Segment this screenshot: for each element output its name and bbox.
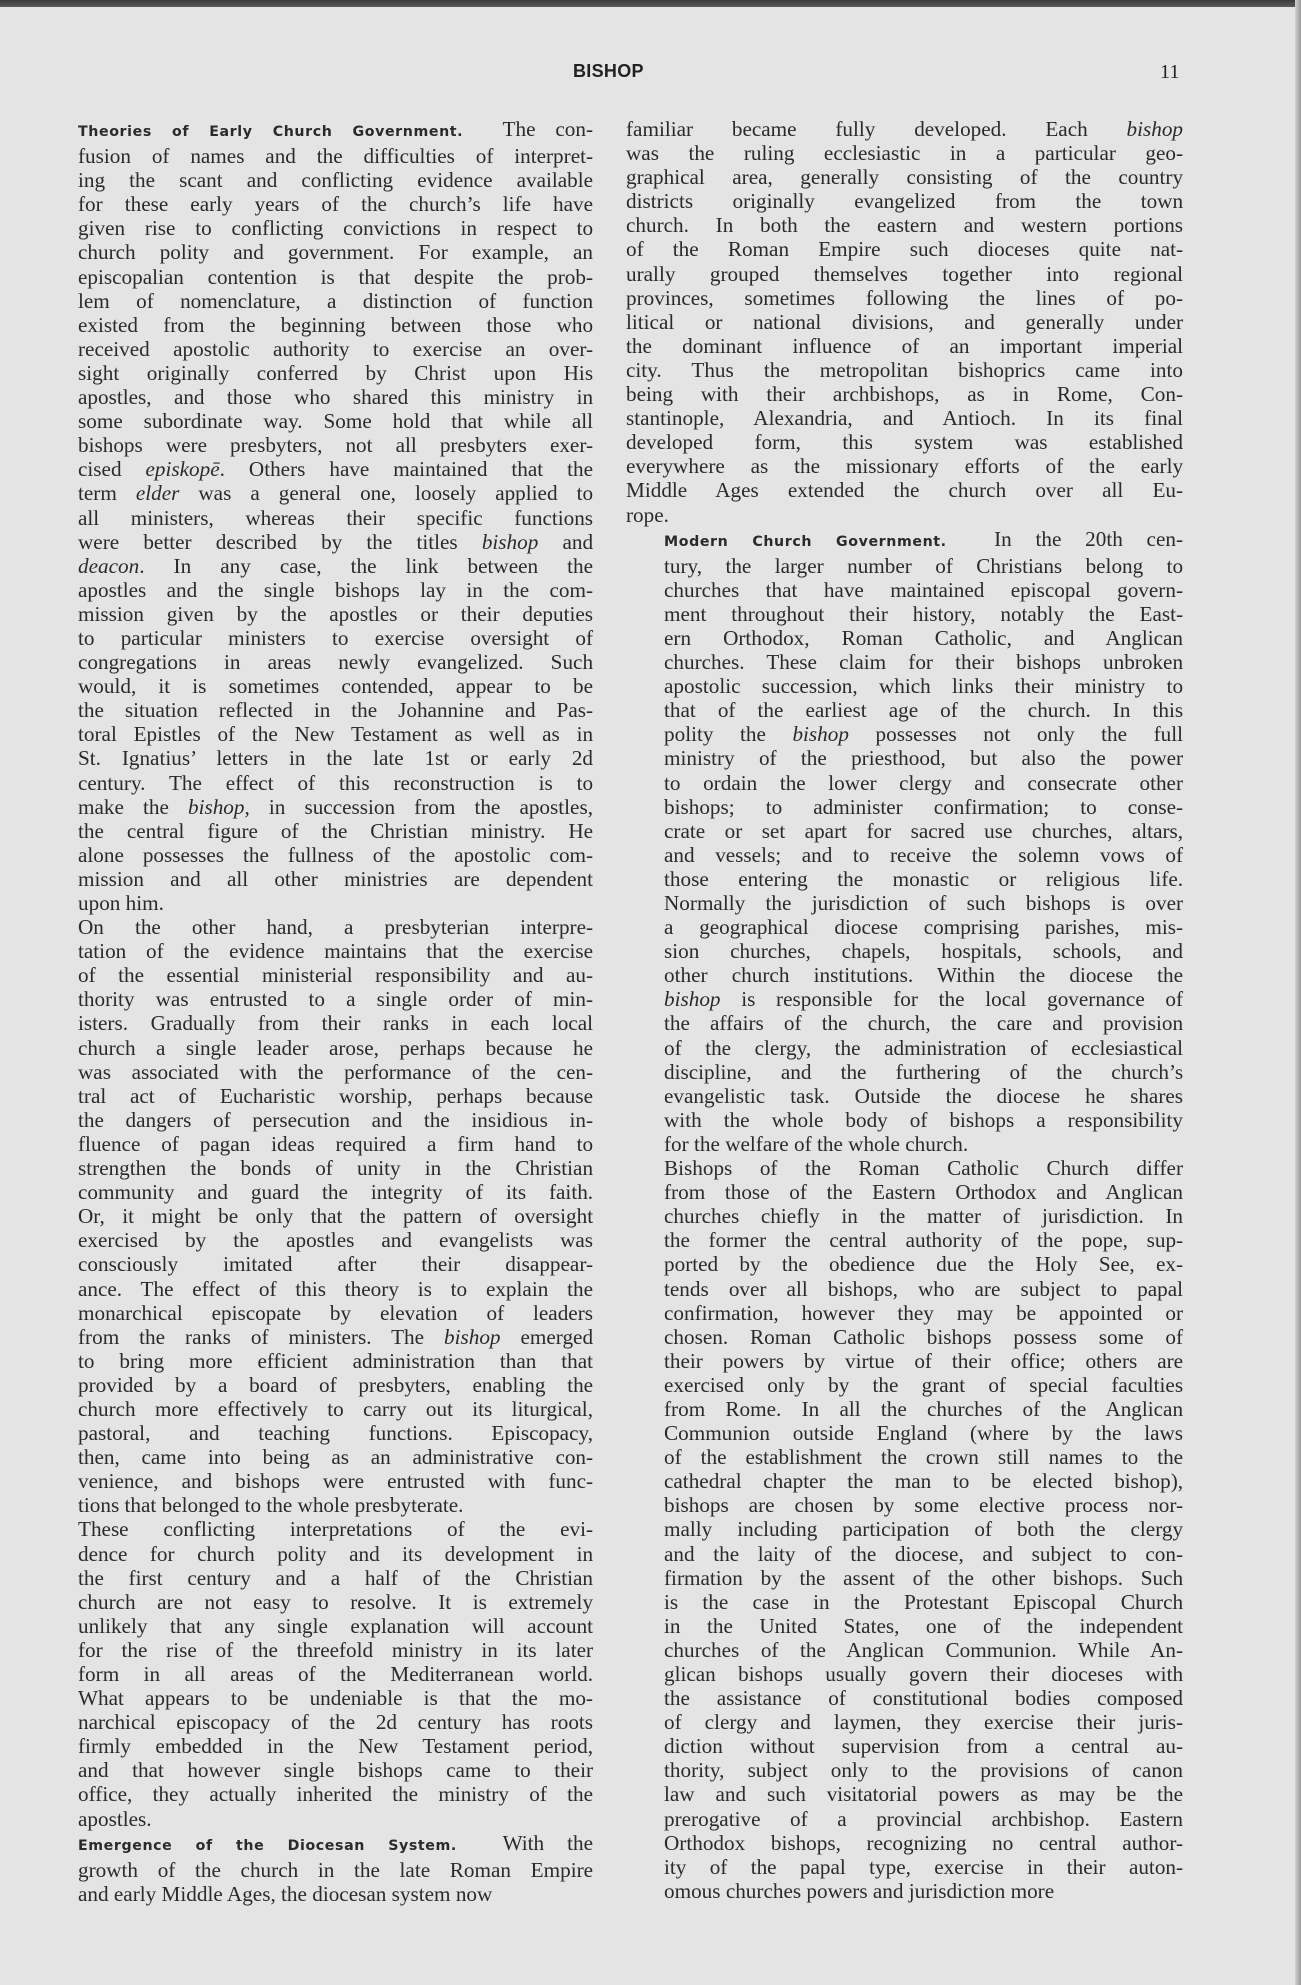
section-heading: Modern Church Government. — [664, 534, 947, 550]
text-line: the first century and a half of the Chri… — [40, 1566, 593, 1590]
text-line: sight originally conferred by Christ upo… — [40, 361, 593, 385]
text-line: church. In both the eastern and western … — [626, 213, 1183, 237]
text-line: received apostolic authority to exercise… — [40, 337, 593, 361]
text-line: the dominant influence of an important i… — [626, 334, 1183, 358]
text-line: church more effectively to carry out its… — [40, 1397, 593, 1421]
text-line: churches chiefly in the matter of jurisd… — [626, 1204, 1183, 1228]
text-line: of the essential ministerial responsibil… — [40, 963, 593, 987]
text-line: familiar became fully developed. Each bi… — [626, 117, 1183, 141]
text-line: Bishops of the Roman Catholic Church dif… — [626, 1156, 1183, 1180]
text-line: St. Ignatius’ letters in the late 1st or… — [40, 746, 593, 770]
paragraph: familiar became fully developed. Each bi… — [626, 117, 1183, 527]
text-line: tation of the evidence maintains that th… — [40, 939, 593, 963]
text-line: bishops were presbyters, not all presbyt… — [40, 433, 593, 457]
text-line: form in all areas of the Mediterranean w… — [40, 1662, 593, 1686]
text-line: for the welfare of the whole church. — [626, 1132, 1183, 1156]
text-line: Communion outside England (where by the … — [626, 1421, 1183, 1445]
text-line: would, it is sometimes contended, appear… — [40, 674, 593, 698]
text-line: omous churches powers and jurisdiction m… — [626, 1879, 1183, 1903]
text-line: and that however single bishops came to … — [40, 1758, 593, 1782]
text-line: from the ranks of ministers. The bishop … — [40, 1325, 593, 1349]
text-line: ment throughout their history, notably t… — [626, 602, 1183, 626]
text-line: exercised only by the grant of special f… — [626, 1373, 1183, 1397]
text-line: cised episkopē. Others have maintained t… — [40, 457, 593, 481]
text-line: mission and all other ministries are dep… — [40, 867, 593, 891]
text-line: ance. The effect of this theory is to ex… — [40, 1277, 593, 1301]
text-line: isters. Gradually from their ranks in ea… — [40, 1011, 593, 1035]
text-line: monarchical episcopate by elevation of l… — [40, 1301, 593, 1325]
text-line: of the establishment the crown still nam… — [626, 1445, 1183, 1469]
paragraph: Bishops of the Roman Catholic Church dif… — [626, 1156, 1183, 1903]
text-line: dence for church polity and its developm… — [40, 1542, 593, 1566]
text-line: deacon. In any case, the link between th… — [40, 554, 593, 578]
text-line: Modern Church Government. In the 20th ce… — [626, 527, 1183, 554]
text-line: growth of the church in the late Roman E… — [40, 1858, 593, 1882]
text-line: pastoral, and teaching functions. Episco… — [40, 1421, 593, 1445]
text-line: from Rome. In all the churches of the An… — [626, 1397, 1183, 1421]
text-line: to ordain the lower clergy and consecrat… — [626, 771, 1183, 795]
text-line: tends over all bishops, who are subject … — [626, 1277, 1183, 1301]
text-line: and vessels; and to receive the solemn v… — [626, 843, 1183, 867]
text-line: apostles and the single bishops lay in t… — [40, 578, 593, 602]
text-line: apostles. — [40, 1807, 593, 1831]
text-line: fluence of pagan ideas required a firm h… — [40, 1132, 593, 1156]
text-line: congregations in areas newly evangelized… — [40, 650, 593, 674]
text-line: venience, and bishops were entrusted wit… — [40, 1469, 593, 1493]
text-line: churches. These claim for their bishops … — [626, 650, 1183, 674]
text-line: bishop is responsible for the local gove… — [626, 987, 1183, 1011]
text-line: Emergence of the Diocesan System. With t… — [40, 1831, 593, 1858]
text-line: firmly embedded in the New Testament per… — [40, 1734, 593, 1758]
text-line: glican bishops usually govern their dioc… — [626, 1662, 1183, 1686]
text-line: from those of the Eastern Orthodox and A… — [626, 1180, 1183, 1204]
text-line: a geographical diocese comprising parish… — [626, 915, 1183, 939]
section-paragraph: Modern Church Government. In the 20th ce… — [626, 527, 1183, 1156]
text-line: graphical area, generally consisting of … — [626, 165, 1183, 189]
text-line: everywhere as the missionary efforts of … — [626, 454, 1183, 478]
text-line: existed from the beginning between those… — [40, 313, 593, 337]
text-line: urally grouped themselves together into … — [626, 262, 1183, 286]
text-line: districts originally evangelized from th… — [626, 189, 1183, 213]
text-line: for these early years of the church’s li… — [40, 192, 593, 216]
text-line: lem of nomenclature, a distinction of fu… — [40, 289, 593, 313]
text-line: bishops; to administer confirmation; to … — [626, 795, 1183, 819]
text-line: apostles, and those who shared this mini… — [40, 385, 593, 409]
text-line: thority, subject only to the provisions … — [626, 1758, 1183, 1782]
section-paragraph: Theories of Early Church Government. The… — [40, 117, 593, 915]
text-line: provided by a board of presbyters, enabl… — [40, 1373, 593, 1397]
section-heading: Emergence of the Diocesan System. — [78, 1838, 457, 1854]
text-line: of the Roman Empire such dioceses quite … — [626, 237, 1183, 261]
text-line: church a single leader arose, perhaps be… — [40, 1036, 593, 1060]
text-line: the affairs of the church, the care and … — [626, 1011, 1183, 1035]
text-line: ing the scant and conflicting evidence a… — [40, 168, 593, 192]
text-line: law and such visitatorial powers as may … — [626, 1782, 1183, 1806]
text-line: term elder was a general one, loosely ap… — [40, 481, 593, 505]
text-line: city. Thus the metropolitan bishoprics c… — [626, 358, 1183, 382]
text-line: mally including participation of both th… — [626, 1517, 1183, 1541]
page-top-edge — [0, 0, 1301, 7]
text-line: were better described by the titles bish… — [40, 530, 593, 554]
text-line: upon him. — [40, 891, 593, 915]
text-line: Middle Ages extended the church over all… — [626, 478, 1183, 502]
text-line: unlikely that any single explanation wil… — [40, 1614, 593, 1638]
text-line: exercised by the apostles and evangelist… — [40, 1228, 593, 1252]
page-number: 11 — [1160, 61, 1180, 84]
text-line: churches that have maintained episcopal … — [626, 578, 1183, 602]
text-line: century. The effect of this reconstructi… — [40, 771, 593, 795]
text-line: narchical episcopacy of the 2d century h… — [40, 1710, 593, 1734]
text-line: their powers by virtue of their office; … — [626, 1349, 1183, 1373]
text-line: provinces, sometimes following the lines… — [626, 286, 1183, 310]
text-line: to bring more efficient administration t… — [40, 1349, 593, 1373]
text-line: office, they actually inherited the mini… — [40, 1782, 593, 1806]
text-line: strengthen the bonds of unity in the Chr… — [40, 1156, 593, 1180]
text-line: the situation reflected in the Johannine… — [40, 698, 593, 722]
text-line: tral act of Eucharistic worship, perhaps… — [40, 1084, 593, 1108]
text-line: with the whole body of bishops a respons… — [626, 1108, 1183, 1132]
text-line: the former the central authority of the … — [626, 1228, 1183, 1252]
text-line: the central figure of the Christian mini… — [40, 819, 593, 843]
text-line: of clergy and laymen, they exercise thei… — [626, 1710, 1183, 1734]
section-paragraph: Emergence of the Diocesan System. With t… — [40, 1831, 593, 1906]
paragraph: On the other hand, a presbyterian interp… — [40, 915, 593, 1517]
text-line: those entering the monastic or religious… — [626, 867, 1183, 891]
text-line: is the case in the Protestant Episcopal … — [626, 1590, 1183, 1614]
text-line: churches of the Anglican Communion. Whil… — [626, 1638, 1183, 1662]
text-line: some subordinate way. Some hold that whi… — [40, 409, 593, 433]
text-line: given rise to conflicting convictions in… — [40, 216, 593, 240]
text-line: was the ruling ecclesiastic in a particu… — [626, 141, 1183, 165]
text-line: cathedral chapter the man to be elected … — [626, 1469, 1183, 1493]
text-line: stantinople, Alexandria, and Antioch. In… — [626, 406, 1183, 430]
text-line: These conflicting interpretations of the… — [40, 1517, 593, 1541]
text-line: in the United States, one of the indepen… — [626, 1614, 1183, 1638]
text-line: the assistance of constitutional bodies … — [626, 1686, 1183, 1710]
text-line: apostolic succession, which links their … — [626, 674, 1183, 698]
text-line: and early Middle Ages, the diocesan syst… — [40, 1882, 593, 1906]
text-line: firmation by the assent of the other bis… — [626, 1566, 1183, 1590]
text-line: ministry of the priesthood, but also the… — [626, 746, 1183, 770]
page-right-edge — [1295, 0, 1301, 1985]
text-line: Theories of Early Church Government. The… — [40, 117, 593, 144]
text-line: prerogative of a provincial archbishop. … — [626, 1807, 1183, 1831]
text-line: being with their archbishops, as in Rome… — [626, 382, 1183, 406]
text-line: discipline, and the furthering of the ch… — [626, 1060, 1183, 1084]
text-line: was associated with the performance of t… — [40, 1060, 593, 1084]
text-line: mission given by the apostles or their d… — [40, 602, 593, 626]
text-line: chosen. Roman Catholic bishops possess s… — [626, 1325, 1183, 1349]
text-line: of the clergy, the administration of ecc… — [626, 1036, 1183, 1060]
text-line: polity the bishop possesses not only the… — [626, 722, 1183, 746]
text-line: other church institutions. Within the di… — [626, 963, 1183, 987]
text-line: to particular ministers to exercise over… — [40, 626, 593, 650]
text-line: ity of the papal type, exercise in their… — [626, 1855, 1183, 1879]
text-line: consciously imitated after their disappe… — [40, 1252, 593, 1276]
text-line: evangelistic task. Outside the diocese h… — [626, 1084, 1183, 1108]
section-heading: Theories of Early Church Government. — [78, 124, 463, 140]
running-head-title: BISHOP — [573, 61, 644, 82]
text-line: church polity and government. For exampl… — [40, 240, 593, 264]
text-line: alone possesses the fullness of the apos… — [40, 843, 593, 867]
text-line: church are not easy to resolve. It is ex… — [40, 1590, 593, 1614]
text-line: diction without supervision from a centr… — [626, 1734, 1183, 1758]
text-line: developed form, this system was establis… — [626, 430, 1183, 454]
right-column: familiar became fully developed. Each bi… — [626, 117, 1183, 1903]
text-line: all ministers, whereas their specific fu… — [40, 506, 593, 530]
text-line: fusion of names and the difficulties of … — [40, 144, 593, 168]
text-line: On the other hand, a presbyterian interp… — [40, 915, 593, 939]
text-line: bishops are chosen by some elective proc… — [626, 1493, 1183, 1517]
text-line: for the rise of the threefold ministry i… — [40, 1638, 593, 1662]
paragraph: These conflicting interpretations of the… — [40, 1517, 593, 1830]
text-line: ern Orthodox, Roman Catholic, and Anglic… — [626, 626, 1183, 650]
text-line: confirmation, however they may be appoin… — [626, 1301, 1183, 1325]
text-line: thority was entrusted to a single order … — [40, 987, 593, 1011]
text-line: make the bishop, in succession from the … — [40, 795, 593, 819]
text-line: the dangers of persecution and the insid… — [40, 1108, 593, 1132]
left-column: Theories of Early Church Government. The… — [40, 117, 593, 1906]
text-line: tions that belonged to the whole presbyt… — [40, 1493, 593, 1517]
text-line: What appears to be undeniable is that th… — [40, 1686, 593, 1710]
text-line: tury, the larger number of Christians be… — [626, 554, 1183, 578]
text-line: ported by the obedience due the Holy See… — [626, 1252, 1183, 1276]
text-line: then, came into being as an administrati… — [40, 1445, 593, 1469]
text-line: toral Epistles of the New Testament as w… — [40, 722, 593, 746]
text-line: that of the earliest age of the church. … — [626, 698, 1183, 722]
text-line: community and guard the integrity of its… — [40, 1180, 593, 1204]
text-line: rope. — [626, 503, 1183, 527]
text-line: and the laity of the diocese, and subjec… — [626, 1542, 1183, 1566]
text-line: Or, it might be only that the pattern of… — [40, 1204, 593, 1228]
text-line: Normally the jurisdiction of such bishop… — [626, 891, 1183, 915]
text-line: Orthodox bishops, recognizing no central… — [626, 1831, 1183, 1855]
text-line: sion churches, chapels, hospitals, schoo… — [626, 939, 1183, 963]
text-line: crate or set apart for sacred use church… — [626, 819, 1183, 843]
text-line: episcopalian contention is that despite … — [40, 265, 593, 289]
text-line: litical or national divisions, and gener… — [626, 310, 1183, 334]
